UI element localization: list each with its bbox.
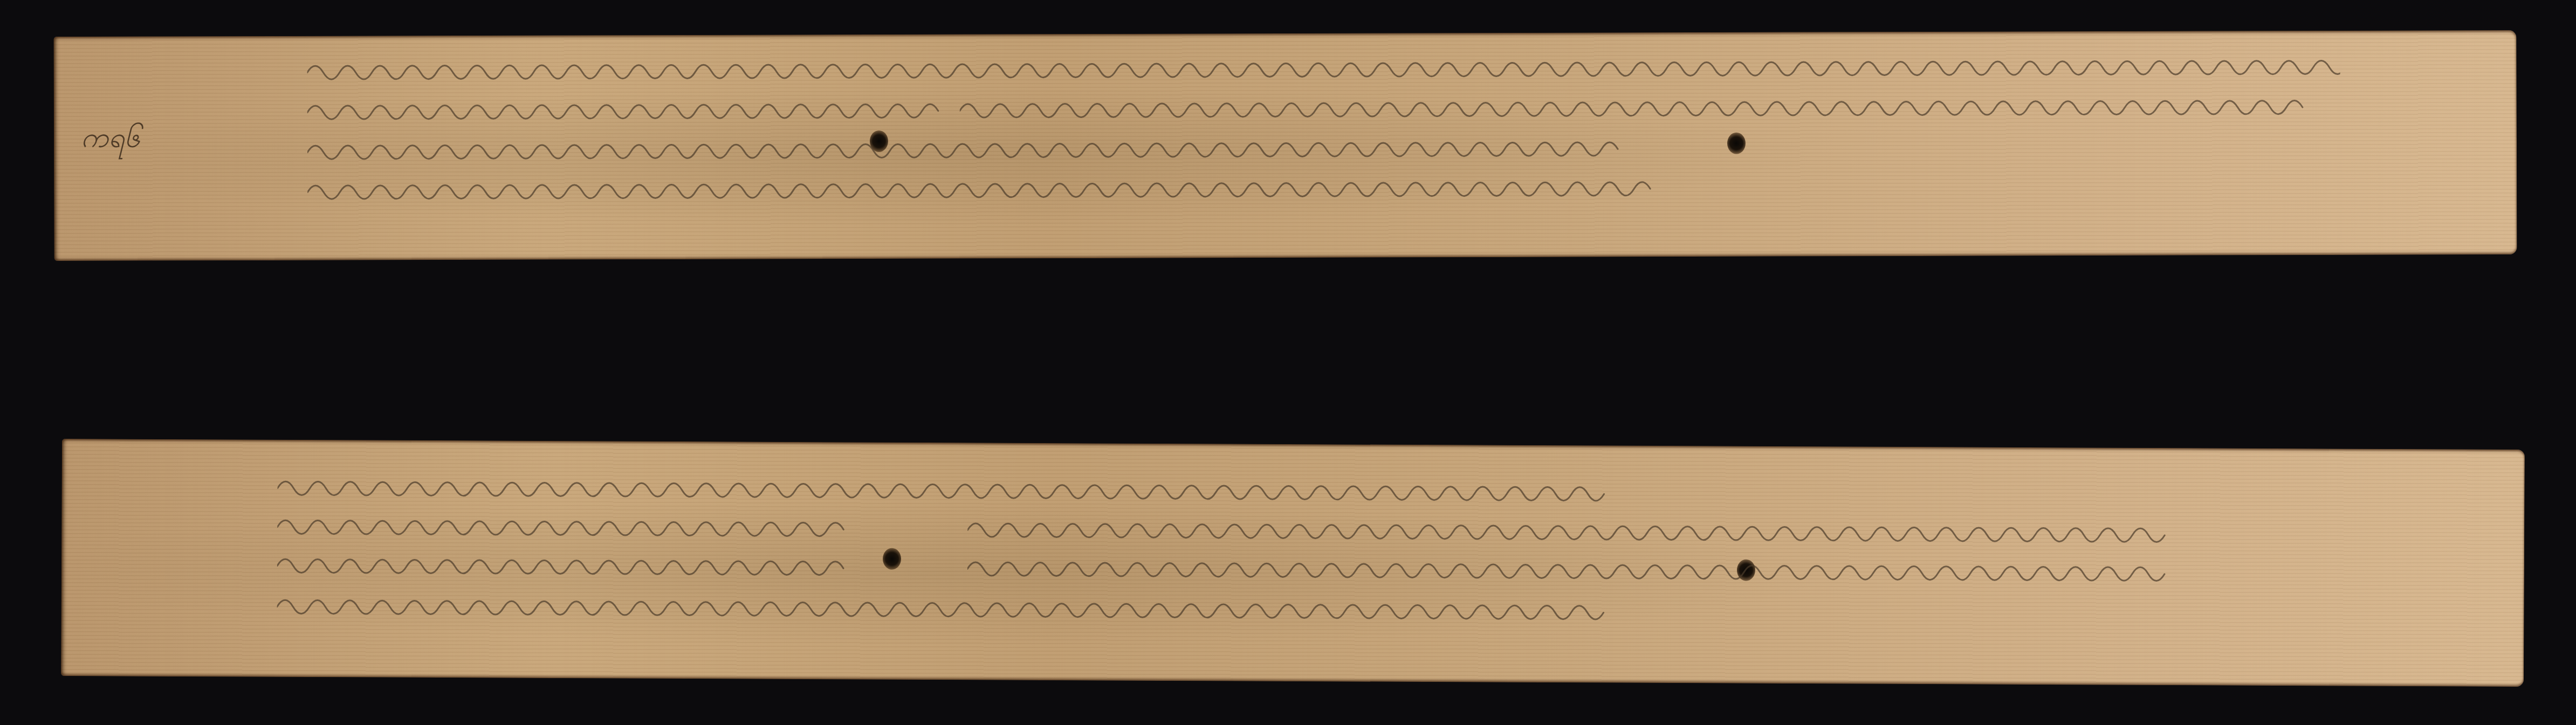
folio-number: ကရ၆ xyxy=(81,120,140,161)
manuscript-text-line xyxy=(307,160,2340,214)
palm-leaf-folio-2 xyxy=(61,439,2525,687)
manuscript-text-line xyxy=(277,580,2326,638)
binding-hole xyxy=(883,548,901,570)
palm-leaf-folio-1: ကရ၆ xyxy=(53,30,2517,261)
